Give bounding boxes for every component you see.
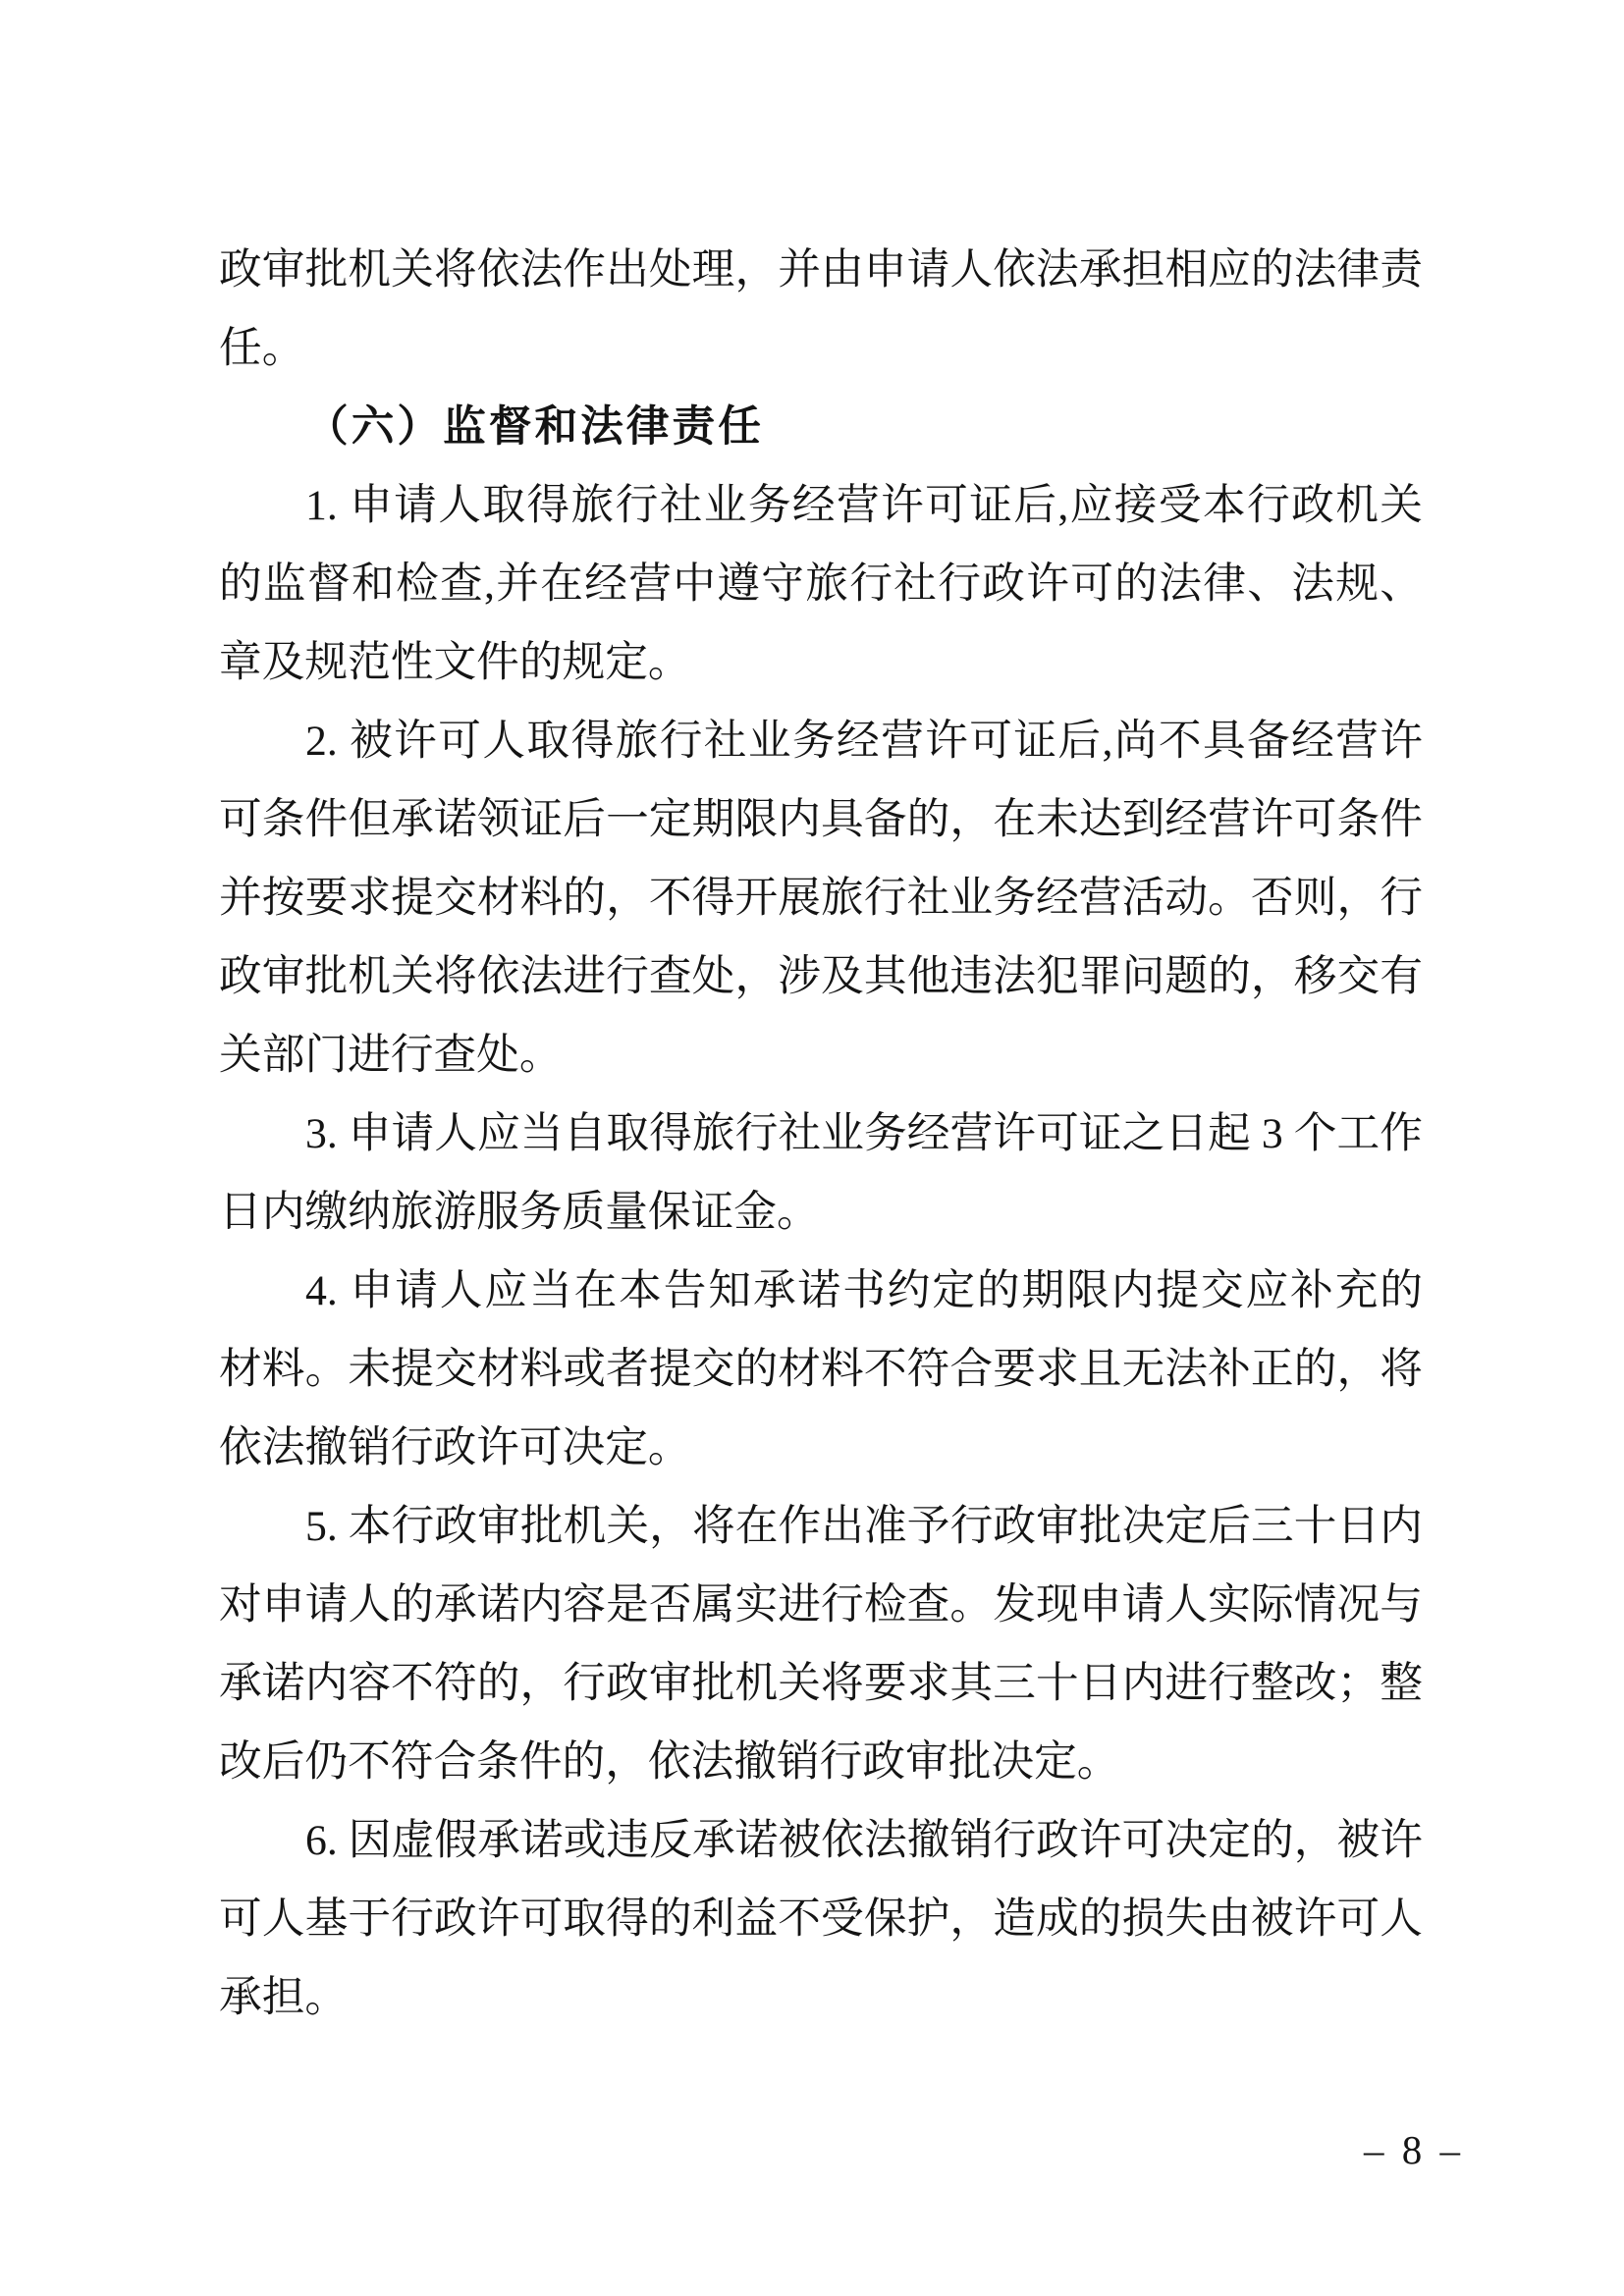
text-line: 5. 本行政审批机关，将在作出准予行政审批决定后三十日内 [219, 1487, 1423, 1566]
text-line: 可人基于行政许可取得的利益不受保护，造成的损失由被许可人 [219, 1880, 1423, 1958]
text-line: 4. 申请人应当在本告知承诺书约定的期限内提交应补充的 [219, 1252, 1423, 1330]
text-line: 承担。 [219, 1958, 1423, 2037]
text-line: 政审批机关将依法进行查处，涉及其他违法犯罪问题的，移交有 [219, 937, 1423, 1016]
text-line: 对申请人的承诺内容是否属实进行检查。发现申请人实际情况与 [219, 1566, 1423, 1644]
text-line: 可条件但承诺领证后一定期限内具备的，在未达到经营许可条件 [219, 780, 1423, 859]
text-line: 6. 因虚假承诺或违反承诺被依法撤销行政许可决定的，被许 [219, 1801, 1423, 1880]
text-line: 关部门进行查处。 [219, 1016, 1423, 1095]
text-line: 承诺内容不符的，行政审批机关将要求其三十日内进行整改；整 [219, 1644, 1423, 1723]
text-line: 任。 [219, 309, 1423, 388]
document-body: 政审批机关将依法作出处理，并由申请人依法承担相应的法律责 任。 （六）监督和法律… [219, 231, 1423, 2037]
text-line: 3. 申请人应当自取得旅行社业务经营许可证之日起 3 个工作 [219, 1095, 1423, 1173]
text-line: 政审批机关将依法作出处理，并由申请人依法承担相应的法律责 [219, 231, 1423, 309]
text-line: 1. 申请人取得旅行社业务经营许可证后,应接受本行政机关 [219, 466, 1423, 545]
text-line: 章及规范性文件的规定。 [219, 623, 1423, 702]
page-number: – 8 – [1326, 2118, 1502, 2181]
text-line: 2. 被许可人取得旅行社业务经营许可证后,尚不具备经营许 [219, 702, 1423, 780]
text-line: 依法撤销行政许可决定。 [219, 1409, 1423, 1487]
text-line: 改后仍不符合条件的，依法撤销行政审批决定。 [219, 1723, 1423, 1801]
text-line: 材料。未提交材料或者提交的材料不符合要求且无法补正的，将 [219, 1330, 1423, 1409]
text-line: 的监督和检查,并在经营中遵守旅行社行政许可的法律、法规、规 [219, 545, 1423, 623]
text-line: 并按要求提交材料的，不得开展旅行社业务经营活动。否则，行 [219, 859, 1423, 937]
section-heading: （六）监督和法律责任 [219, 388, 1423, 466]
text-line: 日内缴纳旅游服务质量保证金。 [219, 1173, 1423, 1252]
document-page: 政审批机关将依法作出处理，并由申请人依法承担相应的法律责 任。 （六）监督和法律… [0, 0, 1624, 2296]
